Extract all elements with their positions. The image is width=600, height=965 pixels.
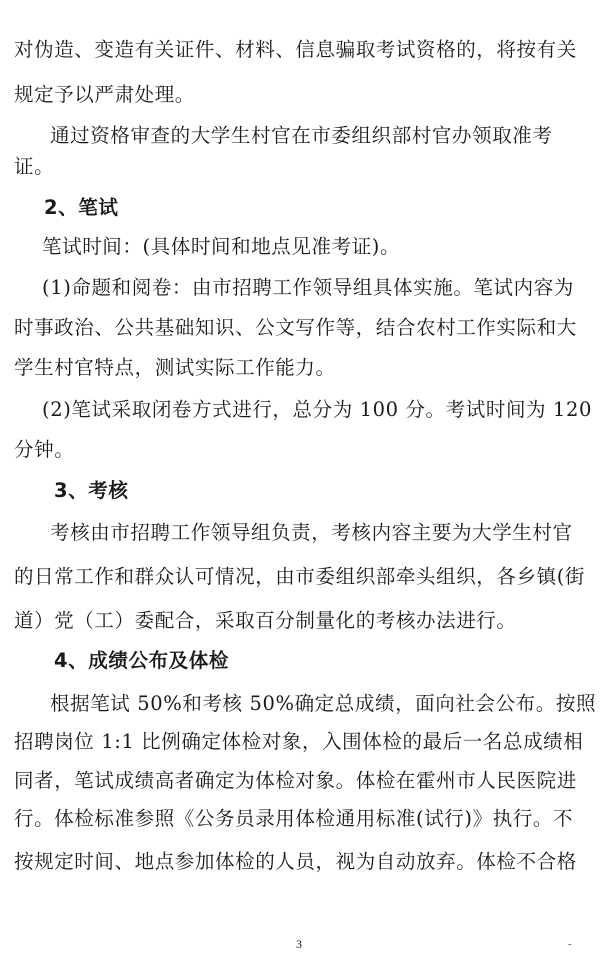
- paragraph-line: 考核由市招聘工作领导组负责，考核内容主要为大学生村官: [50, 521, 600, 545]
- paragraph-line: 招聘岗位 1:1 比例确定体检对象，入围体检的最后一名总成绩相: [14, 730, 590, 754]
- paragraph-line: 根据笔试 50%和考核 50%确定总成绩，面向社会公布。按照: [50, 692, 600, 716]
- paragraph-line: 道）党（工）委配合，采取百分制量化的考核办法进行。: [14, 609, 590, 633]
- paragraph-line: (1)命题和阅卷：由市招聘工作领导组具体实施。笔试内容为: [42, 276, 600, 300]
- paragraph-line: 笔试时间：(具体时间和地点见准考证)。: [42, 235, 600, 259]
- paragraph-line: 时事政治、公共基础知识、公文写作等，结合农村工作实际和大: [14, 316, 590, 340]
- paragraph-line: 通过资格审查的大学生村官在市委组织部村官办领取准考: [50, 124, 600, 148]
- paragraph-line: 证。: [14, 155, 590, 179]
- paragraph-line: 的日常工作和群众认可情况，由市委组织部牵头组织，各乡镇(街: [14, 565, 590, 589]
- paragraph-line: 同者，笔试成绩高者确定为体检对象。体检在霍州市人民医院进: [14, 769, 590, 793]
- section-heading-results-and-physical-exam: 4、成绩公布及体检: [54, 649, 600, 673]
- section-heading-assessment: 3、考核: [54, 479, 600, 503]
- paragraph-line: 分钟。: [14, 438, 590, 462]
- footer-mark: -: [568, 938, 572, 950]
- paragraph-line: (2)笔试采取闭卷方式进行，总分为 100 分。考试时间为 120: [42, 398, 600, 422]
- paragraph-line: 学生村官特点，测试实际工作能力。: [14, 356, 590, 380]
- section-heading-written-exam: 2、笔试: [44, 196, 600, 220]
- paragraph-line: 行。体检标准参照《公务员录用体检通用标准(试行)》执行。不: [14, 807, 590, 831]
- paragraph-line: 规定予以严肃处理。: [14, 83, 590, 107]
- paragraph-line: 按规定时间、地点参加体检的人员，视为自动放弃。体检不合格: [14, 850, 590, 874]
- page-number: 3: [296, 937, 302, 952]
- paragraph-line: 对伪造、变造有关证件、材料、信息骗取考试资格的，将按有关: [14, 38, 590, 62]
